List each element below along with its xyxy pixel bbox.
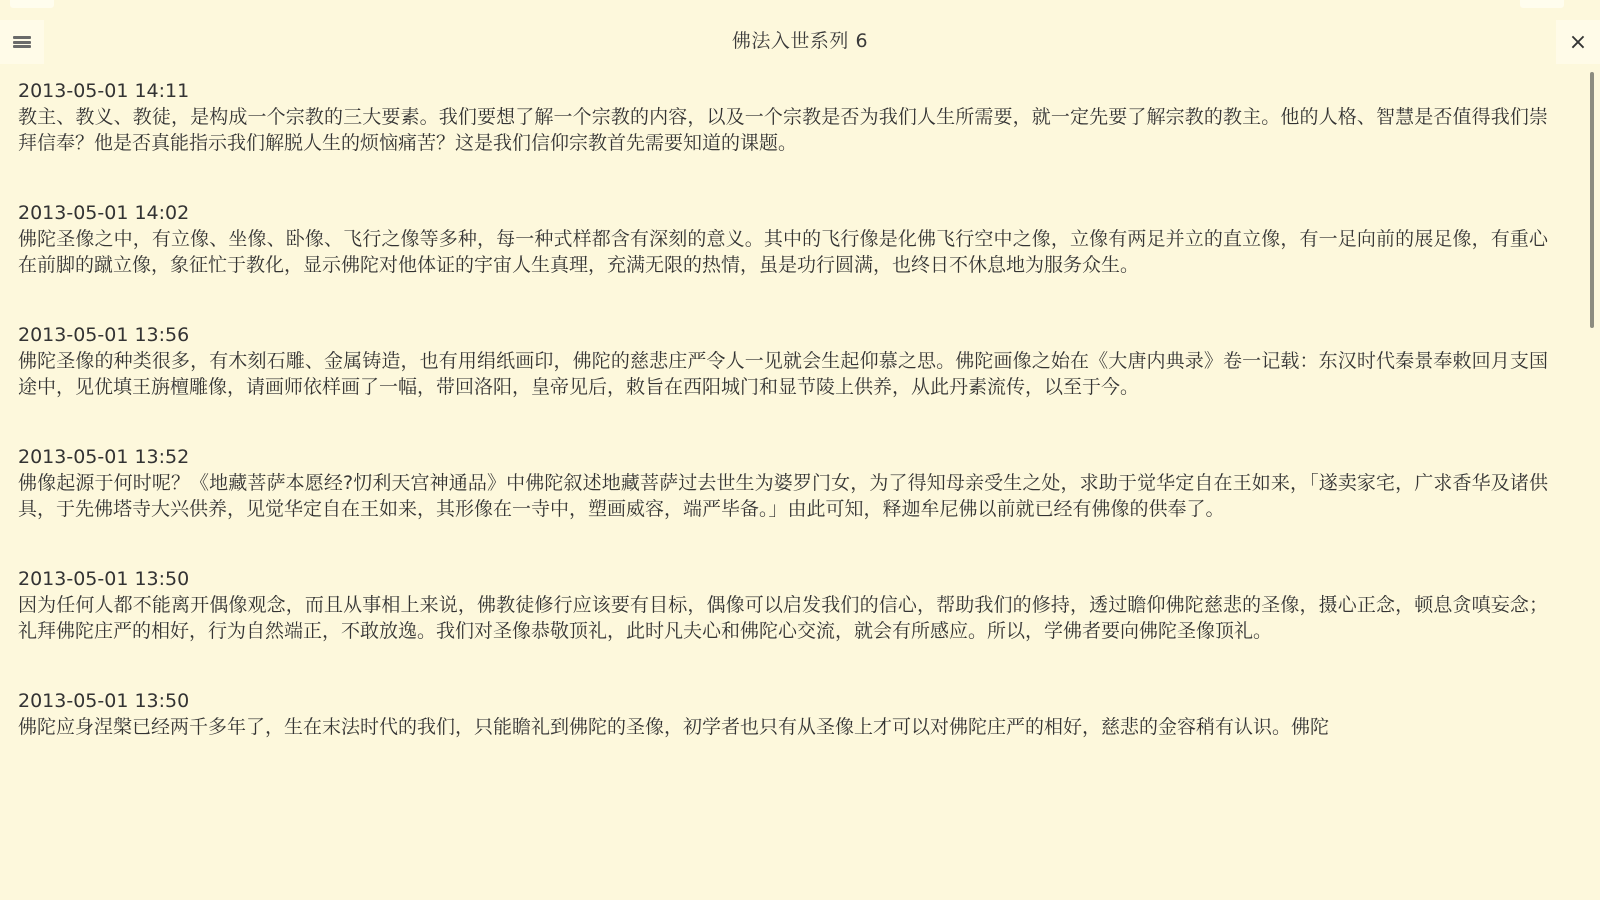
entry-timestamp: 2013-05-01 13:56	[18, 322, 1548, 348]
list-item[interactable]: 2013-05-01 14:11 教主、教义、教徒，是构成一个宗教的三大要素。我…	[18, 78, 1548, 156]
status-strip	[0, 0, 1600, 12]
entry-text: 佛陀圣像的种类很多，有木刻石雕、金属铸造，也有用绢纸画印，佛陀的慈悲庄严令人一见…	[18, 348, 1548, 400]
entry-text: 佛陀应身涅槃已经两千多年了，生在末法时代的我们，只能瞻礼到佛陀的圣像，初学者也只…	[18, 714, 1548, 740]
vertical-scrollbar[interactable]	[1590, 72, 1594, 328]
entry-timestamp: 2013-05-01 14:11	[18, 78, 1548, 104]
close-button[interactable]: ×	[1556, 20, 1600, 64]
status-indicator-right	[1520, 0, 1564, 8]
list-item[interactable]: 2013-05-01 13:52 佛像起源于何时呢？《地藏菩萨本愿经?忉利天宫神…	[18, 444, 1548, 522]
entry-list[interactable]: 2013-05-01 14:11 教主、教义、教徒，是构成一个宗教的三大要素。我…	[18, 78, 1548, 900]
entry-text: 佛像起源于何时呢？《地藏菩萨本愿经?忉利天宫神通品》中佛陀叙述地藏菩萨过去世生为…	[18, 470, 1548, 522]
reader-app: 佛法入世系列 6 × 2013-05-01 14:11 教主、教义、教徒，是构成…	[0, 0, 1600, 900]
list-item[interactable]: 2013-05-01 14:02 佛陀圣像之中，有立像、坐像、卧像、飞行之像等多…	[18, 200, 1548, 278]
entry-text: 教主、教义、教徒，是构成一个宗教的三大要素。我们要想了解一个宗教的内容，以及一个…	[18, 104, 1548, 156]
list-item[interactable]: 2013-05-01 13:56 佛陀圣像的种类很多，有木刻石雕、金属铸造，也有…	[18, 322, 1548, 400]
entry-text: 佛陀圣像之中，有立像、坐像、卧像、飞行之像等多种，每一种式样都含有深刻的意义。其…	[18, 226, 1548, 278]
close-icon: ×	[1569, 30, 1587, 55]
entry-timestamp: 2013-05-01 13:50	[18, 688, 1548, 714]
entry-timestamp: 2013-05-01 13:50	[18, 566, 1548, 592]
entry-timestamp: 2013-05-01 14:02	[18, 200, 1548, 226]
status-indicator-left	[10, 0, 54, 8]
list-item[interactable]: 2013-05-01 13:50 佛陀应身涅槃已经两千多年了，生在末法时代的我们…	[18, 688, 1548, 740]
page-title: 佛法入世系列 6	[0, 26, 1600, 53]
entry-text: 因为任何人都不能离开偶像观念，而且从事相上来说，佛教徒修行应该要有目标，偶像可以…	[18, 592, 1548, 644]
header-bar: 佛法入世系列 6 ×	[0, 16, 1600, 64]
list-item[interactable]: 2013-05-01 13:50 因为任何人都不能离开偶像观念，而且从事相上来说…	[18, 566, 1548, 644]
entry-timestamp: 2013-05-01 13:52	[18, 444, 1548, 470]
